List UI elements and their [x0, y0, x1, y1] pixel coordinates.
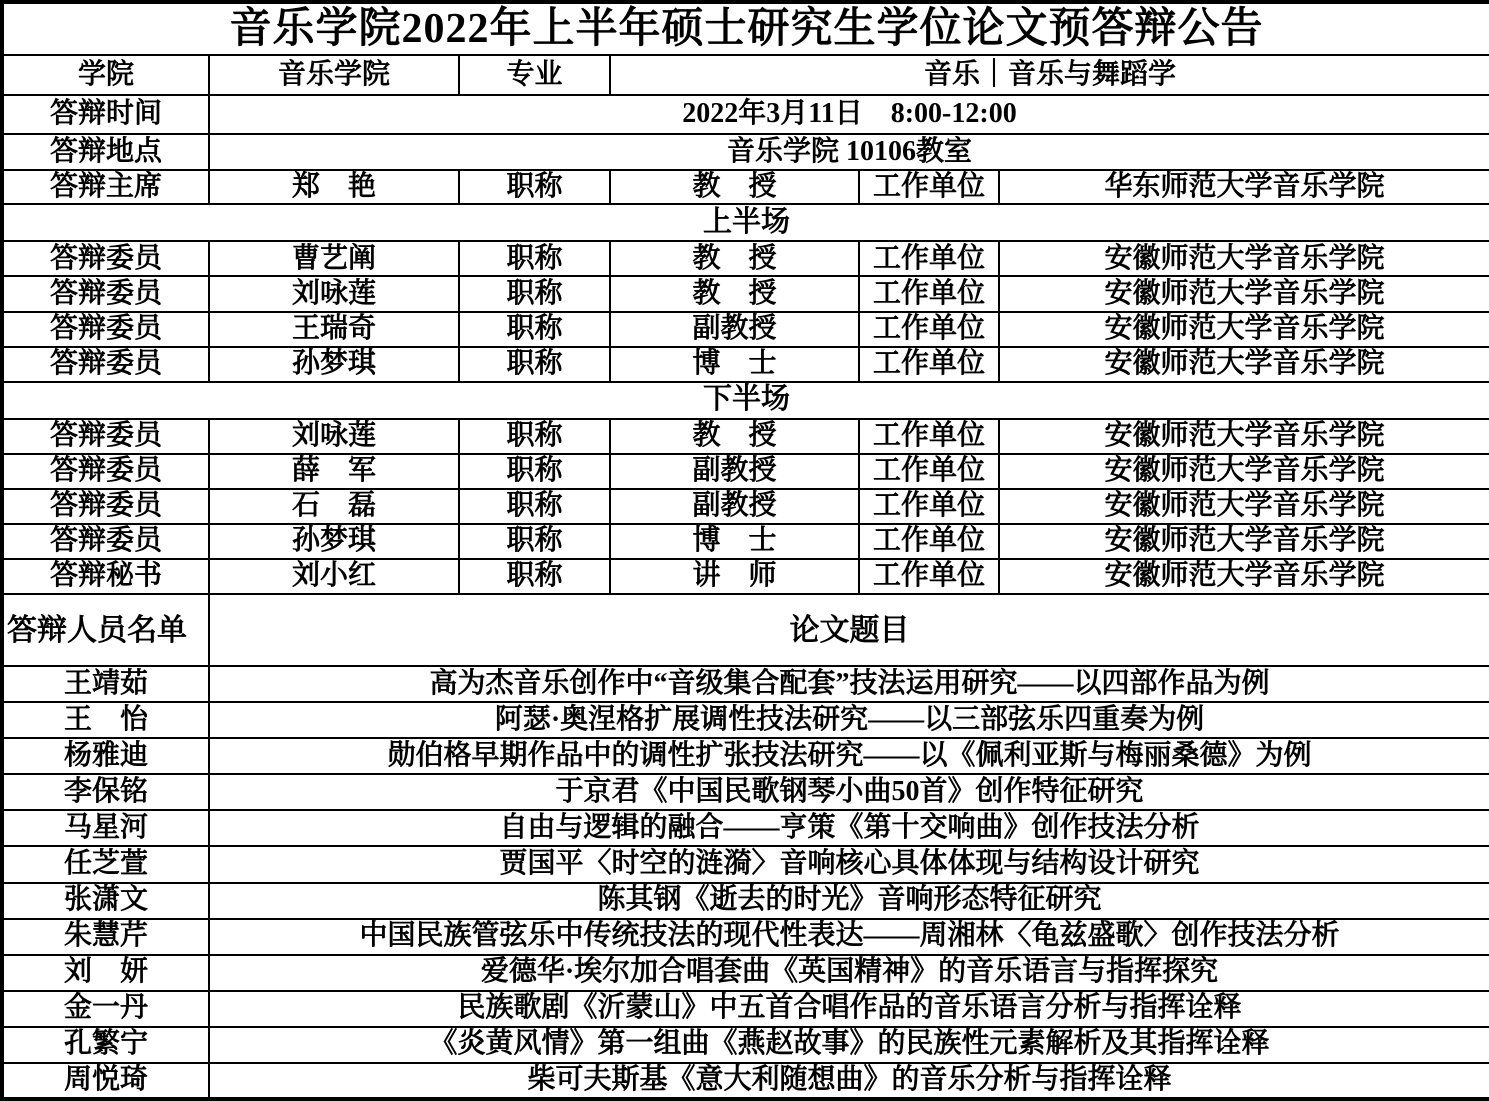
member-org-label: 工作单位	[859, 347, 999, 382]
member-title-value: 副教授	[610, 454, 859, 489]
candidate-name: 王 怡	[2, 702, 209, 738]
table-row: 答辩委员 孙梦琪 职称 博 士 工作单位 安徽师范大学音乐学院	[2, 524, 1489, 559]
member-title-value: 教 授	[610, 276, 859, 311]
member-org-label: 工作单位	[859, 312, 999, 347]
thesis-title: 自由与逻辑的融合——亨策《第十交响曲》创作技法分析	[209, 810, 1489, 846]
member-name: 刘咏莲	[209, 419, 459, 454]
member-role: 答辩委员	[2, 454, 209, 489]
member-name: 孙梦琪	[209, 347, 459, 382]
college-value: 音乐学院	[209, 55, 459, 95]
member-org-value: 安徽师范大学音乐学院	[999, 276, 1489, 311]
member-name: 石 磊	[209, 489, 459, 524]
candidate-name: 杨雅迪	[2, 738, 209, 774]
secretary-title-label: 职称	[459, 559, 610, 594]
defense-place-label: 答辩地点	[2, 134, 209, 170]
table-row: 孔繁宁 《炎黄风情》第一组曲《燕赵故事》的民族性元素解析及其指挥诠释	[2, 1027, 1489, 1063]
table-row: 王靖茹 高为杰音乐创作中“音级集合配套”技法运用研究——以四部作品为例	[2, 666, 1489, 702]
thesis-title: 勋伯格早期作品中的调性扩张技法研究——以《佩利亚斯与梅丽桑德》为例	[209, 738, 1489, 774]
table-row: 王 怡 阿瑟·奥涅格扩展调性技法研究——以三部弦乐四重奏为例	[2, 702, 1489, 738]
table-row: 答辩委员 薛 军 职称 副教授 工作单位 安徽师范大学音乐学院	[2, 454, 1489, 489]
chair-org-value: 华东师范大学音乐学院	[999, 170, 1489, 204]
member-role: 答辩委员	[2, 241, 209, 276]
member-title-value: 副教授	[610, 312, 859, 347]
member-org-value: 安徽师范大学音乐学院	[999, 347, 1489, 382]
member-org-label: 工作单位	[859, 489, 999, 524]
table-row: 朱慧芹 中国民族管弦乐中传统技法的现代性表达——周湘林〈龟兹盛歌〉创作技法分析	[2, 919, 1489, 955]
member-title-value: 教 授	[610, 241, 859, 276]
candidate-name: 张潇文	[2, 883, 209, 919]
member-role: 答辩委员	[2, 276, 209, 311]
thesis-title: 中国民族管弦乐中传统技法的现代性表达——周湘林〈龟兹盛歌〉创作技法分析	[209, 919, 1489, 955]
member-org-label: 工作单位	[859, 454, 999, 489]
candidate-name: 孔繁宁	[2, 1027, 209, 1063]
defense-time-value: 2022年3月11日 8:00-12:00	[209, 95, 1489, 134]
session1-header: 上半场	[2, 204, 1489, 241]
table-row: 答辩秘书 刘小红 职称 讲 师 工作单位 安徽师范大学音乐学院	[2, 559, 1489, 594]
member-org-value: 安徽师范大学音乐学院	[999, 454, 1489, 489]
member-title-label: 职称	[459, 454, 610, 489]
member-org-label: 工作单位	[859, 241, 999, 276]
member-title-value: 博 士	[610, 524, 859, 559]
table-row: 任芝萱 贾国平〈时空的涟漪〉音响核心具体体现与结构设计研究	[2, 846, 1489, 882]
member-org-value: 安徽师范大学音乐学院	[999, 241, 1489, 276]
member-role: 答辩委员	[2, 419, 209, 454]
major-label: 专业	[459, 55, 610, 95]
candidate-name: 朱慧芹	[2, 919, 209, 955]
member-role: 答辩委员	[2, 489, 209, 524]
secretary-org-label: 工作单位	[859, 559, 999, 594]
member-org-value: 安徽师范大学音乐学院	[999, 489, 1489, 524]
candidate-name: 金一丹	[2, 991, 209, 1027]
member-title-label: 职称	[459, 489, 610, 524]
member-org-label: 工作单位	[859, 524, 999, 559]
member-title-label: 职称	[459, 241, 610, 276]
member-role: 答辩委员	[2, 524, 209, 559]
table-row: 刘 妍 爱德华·埃尔加合唱套曲《英国精神》的音乐语言与指挥探究	[2, 955, 1489, 991]
candidate-name: 王靖茹	[2, 666, 209, 702]
secretary-role: 答辩秘书	[2, 559, 209, 594]
thesis-title: 柴可夫斯基《意大利随想曲》的音乐分析与指挥诠释	[209, 1063, 1489, 1099]
table-row: 答辩委员 刘咏莲 职称 教 授 工作单位 安徽师范大学音乐学院	[2, 276, 1489, 311]
secretary-org-value: 安徽师范大学音乐学院	[999, 559, 1489, 594]
chair-title-label: 职称	[459, 170, 610, 204]
member-name: 孙梦琪	[209, 524, 459, 559]
candidate-name: 李保铭	[2, 774, 209, 810]
college-label: 学院	[2, 55, 209, 95]
member-org-value: 安徽师范大学音乐学院	[999, 524, 1489, 559]
member-org-value: 安徽师范大学音乐学院	[999, 312, 1489, 347]
member-title-value: 教 授	[610, 419, 859, 454]
member-name: 薛 军	[209, 454, 459, 489]
member-title-value: 副教授	[610, 489, 859, 524]
table-row: 答辩委员 石 磊 职称 副教授 工作单位 安徽师范大学音乐学院	[2, 489, 1489, 524]
defense-notice-table: 音乐学院2022年上半年硕士研究生学位论文预答辩公告 学院 音乐学院 专业 音乐…	[0, 0, 1489, 1101]
member-org-label: 工作单位	[859, 419, 999, 454]
thesis-title: 贾国平〈时空的涟漪〉音响核心具体体现与结构设计研究	[209, 846, 1489, 882]
member-title-label: 职称	[459, 276, 610, 311]
member-title-label: 职称	[459, 419, 610, 454]
table-row: 张潇文 陈其钢《逝去的时光》音响形态特征研究	[2, 883, 1489, 919]
member-title-value: 博 士	[610, 347, 859, 382]
table-row: 答辩委员 王瑞奇 职称 副教授 工作单位 安徽师范大学音乐学院	[2, 312, 1489, 347]
session2-header: 下半场	[2, 382, 1489, 419]
member-name: 曹艺阐	[209, 241, 459, 276]
candidate-list-header: 答辩人员名单	[2, 594, 209, 666]
member-title-label: 职称	[459, 347, 610, 382]
thesis-title: 陈其钢《逝去的时光》音响形态特征研究	[209, 883, 1489, 919]
thesis-title: 高为杰音乐创作中“音级集合配套”技法运用研究——以四部作品为例	[209, 666, 1489, 702]
member-role: 答辩委员	[2, 347, 209, 382]
major-value: 音乐｜音乐与舞蹈学	[610, 55, 1489, 95]
thesis-title: 阿瑟·奥涅格扩展调性技法研究——以三部弦乐四重奏为例	[209, 702, 1489, 738]
table-row: 金一丹 民族歌剧《沂蒙山》中五首合唱作品的音乐语言分析与指挥诠释	[2, 991, 1489, 1027]
member-title-label: 职称	[459, 524, 610, 559]
candidate-name: 马星河	[2, 810, 209, 846]
thesis-title-header: 论文题目	[209, 594, 1489, 666]
candidate-name: 周悦琦	[2, 1063, 209, 1099]
thesis-title: 爱德华·埃尔加合唱套曲《英国精神》的音乐语言与指挥探究	[209, 955, 1489, 991]
table-row: 周悦琦 柴可夫斯基《意大利随想曲》的音乐分析与指挥诠释	[2, 1063, 1489, 1099]
page-title: 音乐学院2022年上半年硕士研究生学位论文预答辩公告	[2, 2, 1489, 55]
chair-org-label: 工作单位	[859, 170, 999, 204]
thesis-title: 《炎黄风情》第一组曲《燕赵故事》的民族性元素解析及其指挥诠释	[209, 1027, 1489, 1063]
table-row: 李保铭 于京君《中国民歌钢琴小曲50首》创作特征研究	[2, 774, 1489, 810]
defense-time-label: 答辩时间	[2, 95, 209, 134]
thesis-title: 于京君《中国民歌钢琴小曲50首》创作特征研究	[209, 774, 1489, 810]
candidate-name: 任芝萱	[2, 846, 209, 882]
chair-name: 郑 艳	[209, 170, 459, 204]
defense-place-value: 音乐学院 10106教室	[209, 134, 1489, 170]
thesis-title: 民族歌剧《沂蒙山》中五首合唱作品的音乐语言分析与指挥诠释	[209, 991, 1489, 1027]
table-row: 杨雅迪 勋伯格早期作品中的调性扩张技法研究——以《佩利亚斯与梅丽桑德》为例	[2, 738, 1489, 774]
member-role: 答辩委员	[2, 312, 209, 347]
chair-role: 答辩主席	[2, 170, 209, 204]
candidate-name: 刘 妍	[2, 955, 209, 991]
table-row: 马星河 自由与逻辑的融合——亨策《第十交响曲》创作技法分析	[2, 810, 1489, 846]
member-name: 刘咏莲	[209, 276, 459, 311]
table-row: 答辩委员 曹艺阐 职称 教 授 工作单位 安徽师范大学音乐学院	[2, 241, 1489, 276]
member-org-label: 工作单位	[859, 276, 999, 311]
member-org-value: 安徽师范大学音乐学院	[999, 419, 1489, 454]
table-row: 答辩委员 刘咏莲 职称 教 授 工作单位 安徽师范大学音乐学院	[2, 419, 1489, 454]
secretary-name: 刘小红	[209, 559, 459, 594]
table-row: 答辩委员 孙梦琪 职称 博 士 工作单位 安徽师范大学音乐学院	[2, 347, 1489, 382]
member-title-label: 职称	[459, 312, 610, 347]
member-name: 王瑞奇	[209, 312, 459, 347]
secretary-title-value: 讲 师	[610, 559, 859, 594]
chair-title-value: 教 授	[610, 170, 859, 204]
